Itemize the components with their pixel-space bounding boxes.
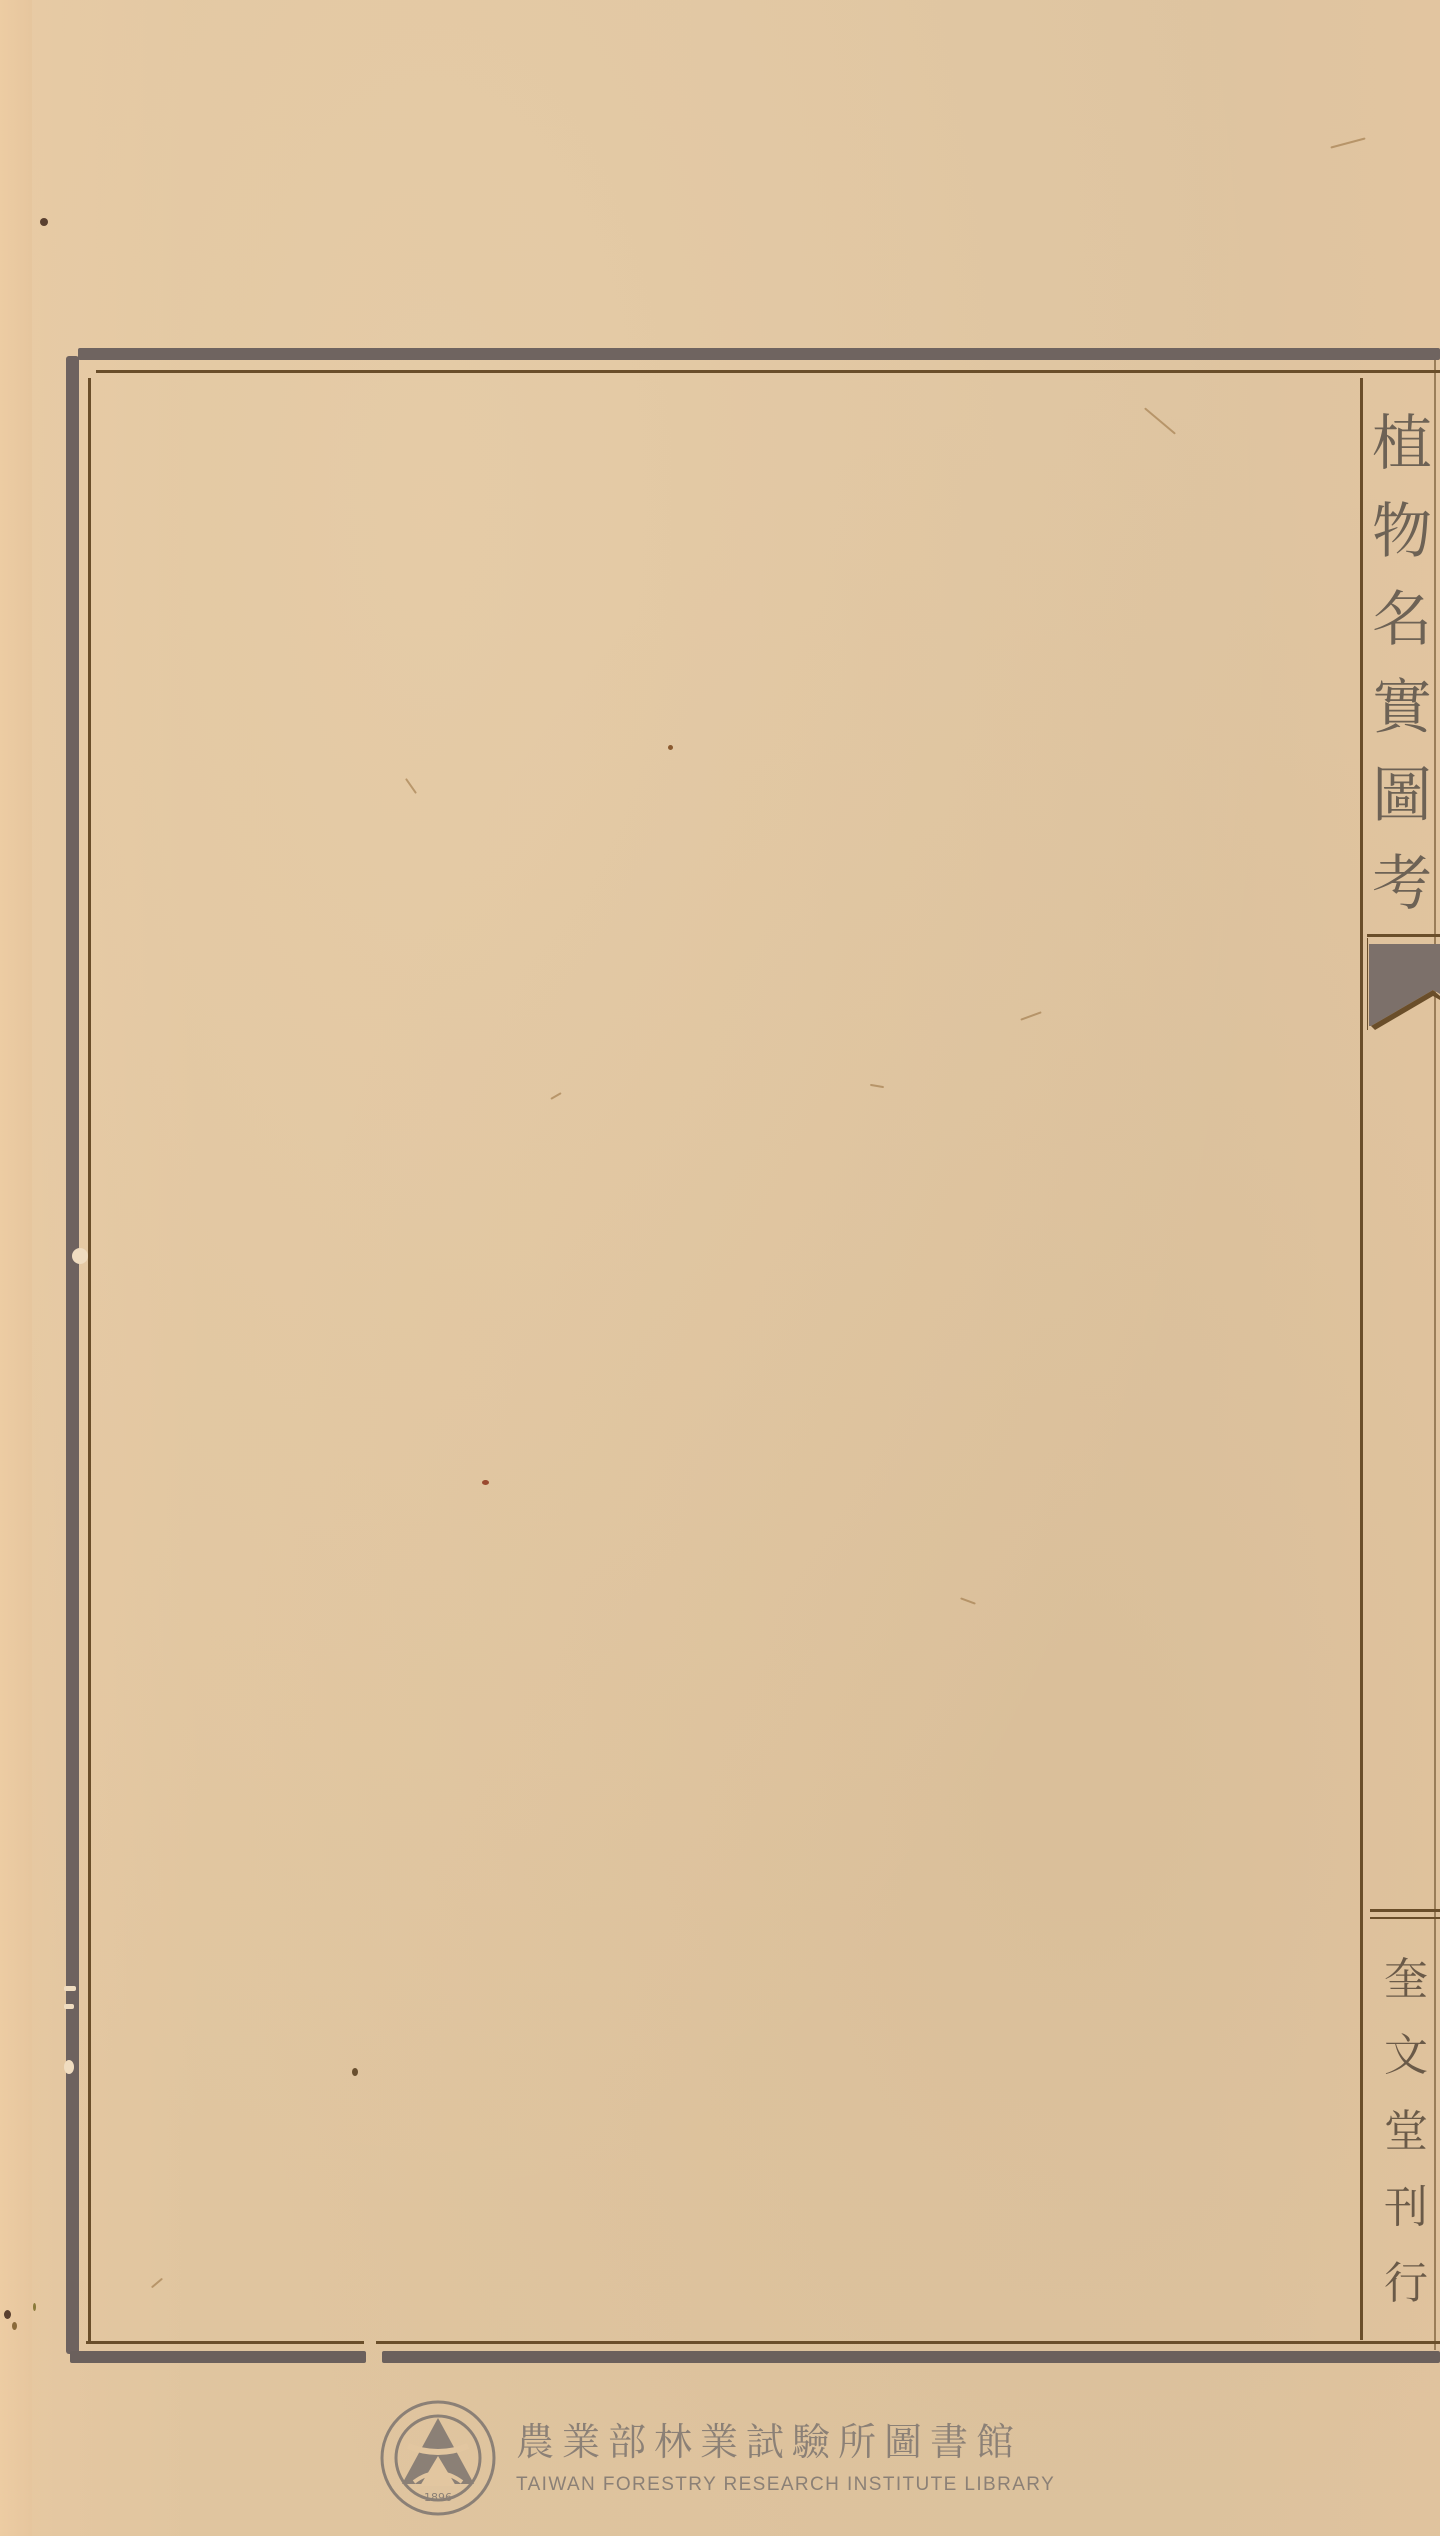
- publisher-char: 文: [1384, 2018, 1428, 2094]
- outer-frame-left-border: [66, 356, 79, 2354]
- page-edge-strip: [0, 0, 32, 2536]
- library-name-en: TAIWAN FORESTRY RESEARCH INSTITUTE LIBRA…: [516, 2471, 1055, 2499]
- ink-speck: [482, 1480, 489, 1485]
- title-char: 植: [1372, 400, 1438, 488]
- publisher-char: 奎: [1384, 1942, 1428, 2018]
- publisher-char: 刊: [1384, 2170, 1428, 2246]
- title-char: 名: [1372, 576, 1438, 664]
- publisher-char: 堂: [1384, 2094, 1428, 2170]
- ink-speck: [4, 2310, 11, 2319]
- ink-speck: [352, 2068, 358, 2076]
- fold-column-rule: [1360, 378, 1363, 2340]
- ink-speck: [12, 2322, 17, 2330]
- title-char: 圖: [1372, 752, 1438, 840]
- library-watermark: 1896 農業部林業試驗所圖書館 TAIWAN FORESTRY RESEARC…: [378, 2398, 1078, 2518]
- title-char: 實: [1372, 664, 1438, 752]
- paper-hole: [64, 1986, 76, 1991]
- institute-logo-icon: 1896: [378, 2398, 498, 2518]
- outer-frame-top-border: [78, 348, 1440, 360]
- title-char: 考: [1372, 840, 1438, 928]
- paper-background: [0, 0, 1440, 2536]
- publisher-rule: [1370, 1909, 1440, 1912]
- paper-hole: [72, 1248, 88, 1264]
- fishtail-mark-icon: [1367, 938, 1440, 1030]
- svg-text:1896: 1896: [424, 2491, 452, 2504]
- publisher-imprint: 奎 文 堂 刊 行: [1376, 1942, 1436, 2322]
- outer-frame-bottom-border: [70, 2351, 366, 2363]
- paper-hole: [64, 2004, 74, 2009]
- book-title: 植 物 名 實 圖 考: [1372, 400, 1440, 928]
- ink-speck: [40, 218, 48, 226]
- inner-frame-bottom-border: [376, 2341, 1440, 2344]
- title-char: 物: [1372, 488, 1438, 576]
- publisher-rule: [1370, 1917, 1440, 1919]
- inner-frame-top-border: [96, 370, 1440, 373]
- ink-speck: [33, 2303, 36, 2311]
- publisher-char: 行: [1384, 2246, 1428, 2322]
- inner-frame-left-border: [88, 378, 91, 2342]
- library-name-zh: 農業部林業試驗所圖書館: [516, 2417, 1055, 2467]
- fishtail-top-rule: [1367, 934, 1440, 937]
- inner-frame-bottom-border: [86, 2341, 364, 2344]
- ink-speck: [668, 745, 673, 750]
- paper-hole: [64, 2060, 74, 2074]
- outer-frame-bottom-border: [382, 2351, 1440, 2363]
